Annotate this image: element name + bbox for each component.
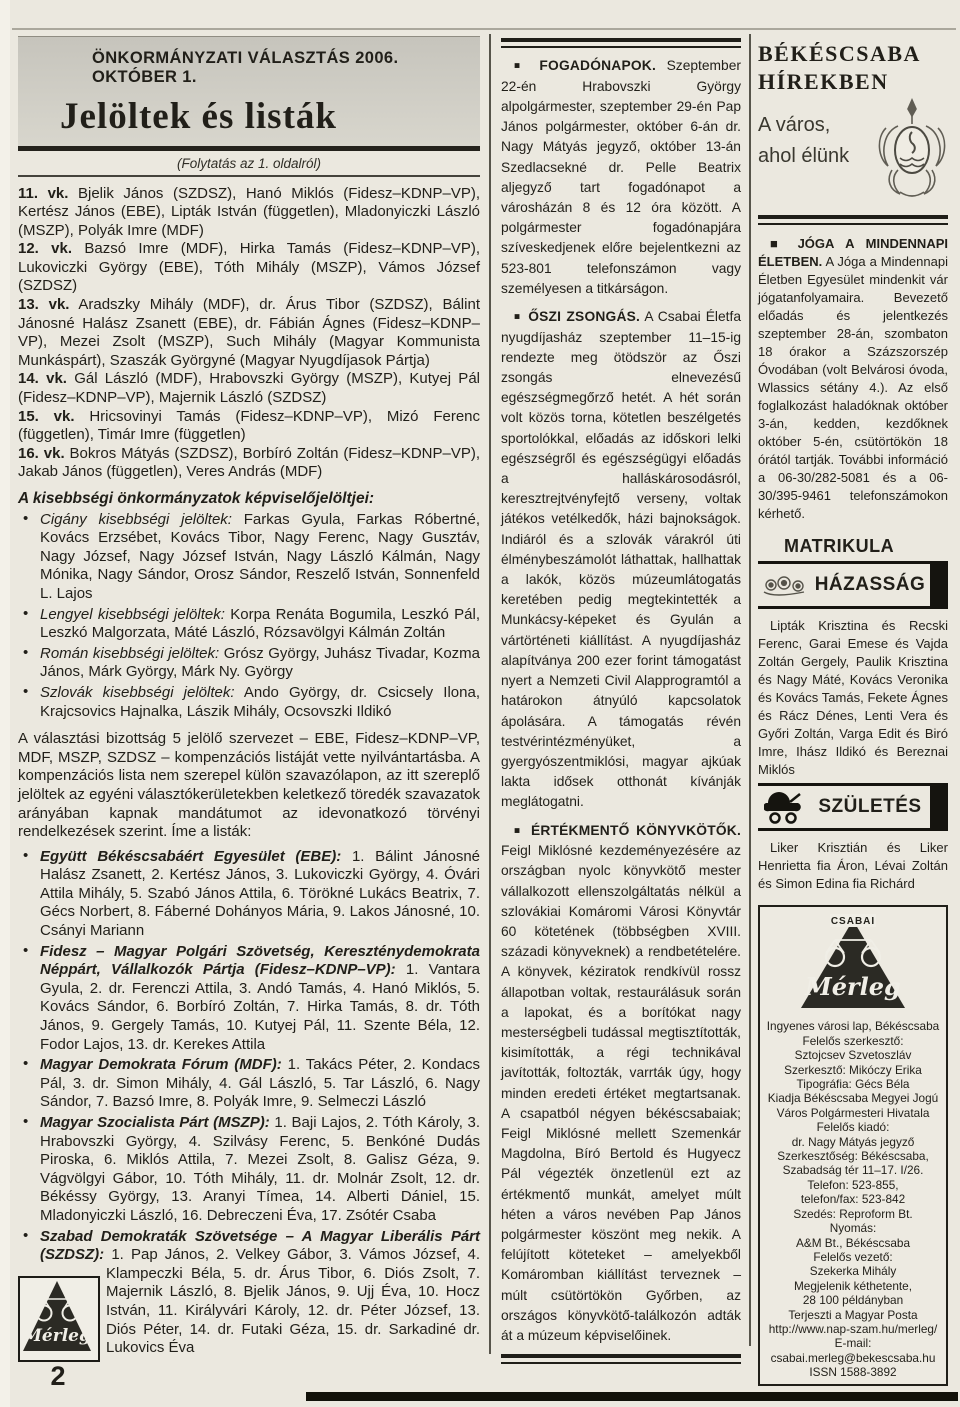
svg-text:Mérleg: Mérleg [22, 1326, 91, 1346]
column-separator [489, 34, 491, 1354]
impressum-box: CSABAI Mérleg Ingyenes városi lap, Békés… [758, 905, 948, 1386]
birth-banner: SZÜLETÉS [758, 783, 948, 831]
column-top-rule [501, 38, 741, 48]
article-candidates-and-lists: ÖNKORMÁNYZATI VÁLASZTÁS 2006. OKTÓBER 1.… [18, 36, 480, 1398]
impressum-url: http://www.nap-szam.hu/merleg/ [763, 1322, 943, 1336]
bullet-icon: • [23, 683, 28, 702]
impressum-line: Sztojcsev Szvetoszláv [763, 1048, 943, 1062]
continuation-rule [18, 175, 480, 177]
impressum-line: Megjelenik kéthetente, [763, 1279, 943, 1293]
impressum-line: Kiadja Békéscsaba Megyei Jogú [763, 1091, 943, 1105]
party-list-item: •Magyar Demokrata Fórum (MDF): 1. Takács… [18, 1056, 480, 1112]
column-bottom-rule [501, 1354, 741, 1364]
party-list-item: •Együtt Békéscsabáért Egyesület (EBE): 1… [18, 848, 480, 941]
impressum-email: csabai.merleg@bekescsaba.hu [763, 1351, 943, 1365]
masthead-title: BÉKÉSCSABA HÍREKBEN [758, 40, 948, 96]
district-item: 16. vk. Bokros Mátyás (SZDSZ), Borbíró Z… [18, 445, 480, 482]
marriage-banner: HÁZASSÁG [758, 561, 948, 609]
impressum-line: dr. Nagy Mátyás jegyző [763, 1135, 943, 1149]
pram-icon [758, 790, 810, 824]
minority-list-item: •Lengyel kisebbségi jelöltek: Korpa Rená… [18, 606, 480, 643]
merleg-logo: CSABAI Mérleg [763, 914, 943, 1013]
district-item: 13. vk. Aradszky Mihály (MDF), dr. Árus … [18, 296, 480, 370]
bullet-icon: • [23, 1055, 28, 1074]
commission-paragraph: A választási bizottság 5 jelölő szerveze… [18, 730, 480, 842]
birth-names: Liker Krisztián és Liker Henrietta fia Á… [758, 839, 948, 893]
impressum-line: Felelős kiadó: [763, 1120, 943, 1134]
masthead-tagline: A város, ahol élünk [758, 110, 849, 172]
article-header: ÖNKORMÁNYZATI VÁLASZTÁS 2006. OKTÓBER 1.… [18, 36, 480, 146]
impressum-line: Telefon: 523-855, [763, 1178, 943, 1192]
birth-banner-label: SZÜLETÉS [810, 798, 930, 816]
district-item: 14. vk. Gál László (MDF), Hrabovszki Gyö… [18, 370, 480, 407]
newspaper-page: ÖNKORMÁNYZATI VÁLASZTÁS 2006. OKTÓBER 1.… [0, 0, 960, 1407]
impressum-line: Tipográfia: Gécs Béla [763, 1077, 943, 1091]
sidebar-column: BÉKÉSCSABA HÍREKBEN A város, ahol élünk [758, 40, 948, 1386]
column-separator [749, 34, 751, 1346]
bottom-rule [306, 1392, 958, 1401]
district-item: 11. vk. Bjelik János (SZDSZ), Hanó Mikló… [18, 185, 480, 241]
impressum-line: 28 100 példányban [763, 1293, 943, 1307]
minority-list-item: •Román kisebbségi jelöltek: Grósz György… [18, 645, 480, 682]
continuation-note: (Folytatás az 1. oldalról) [18, 151, 480, 175]
impressum-line: Ingyenes városi lap, Békéscsaba [763, 1019, 943, 1033]
masthead-rule [758, 215, 948, 225]
square-bullet-icon: ■ [514, 311, 523, 322]
news-item-fogadonapok: ■ FOGADÓNAPOK. Szeptember 22-én Hrabovsz… [501, 56, 741, 299]
merleg-logo-icon: Mérleg [18, 1276, 100, 1362]
svg-text:CSABAI: CSABAI [831, 916, 875, 927]
party-list-item: Mérleg 2 •Szabad Demokraták Szövetsége –… [18, 1228, 480, 1358]
marriage-banner-label: HÁZASSÁG [810, 576, 930, 594]
minority-list-item: •Szlovák kisebbségi jelöltek: Ando Györg… [18, 684, 480, 721]
district-item: 15. vk. Hricsovinyi Tamás (Fidesz–KDNP–V… [18, 408, 480, 445]
bullet-icon: • [23, 942, 28, 961]
square-bullet-icon: ■ [514, 61, 529, 72]
impressum-line: Felelős szerkesztő: [763, 1034, 943, 1048]
impressum-line: telefon/fax: 523-842 [763, 1192, 943, 1206]
square-bullet-icon: ■ [514, 825, 525, 836]
bullet-icon: • [23, 605, 28, 624]
news-column: ■ FOGADÓNAPOK. Szeptember 22-én Hrabovsz… [501, 38, 741, 1364]
svg-text:Mérleg: Mérleg [804, 972, 901, 1001]
news-item-ertekmento: ■ ÉRTÉKMENTŐ KÖNYVKÖTŐK. Feigl Miklósné … [501, 821, 741, 1347]
article-body: 11. vk. Bjelik János (SZDSZ), Hanó Mikló… [18, 185, 480, 1358]
minority-section-heading: A kisebbségi önkormányzatok képviselőjel… [18, 490, 480, 509]
bullet-icon: • [23, 1227, 28, 1246]
impressum-line: Szedés: Reproform Bt. [763, 1207, 943, 1221]
impressum-line: Szabadság tér 11–17. I/26. [763, 1163, 943, 1177]
impressum-line: Szerkesztő: Mikóczy Erika [763, 1063, 943, 1077]
impressum-line: E-mail: [763, 1336, 943, 1350]
masthead-tagline-row: A város, ahol élünk [758, 110, 948, 205]
impressum-line: Terjeszti a Magyar Posta [763, 1308, 943, 1322]
marriage-names: Lipták Krisztina és Recski Ferenc, Garai… [758, 617, 948, 779]
minority-list-item: •Cigány kisebbségi jelöltek: Farkas Gyul… [18, 511, 480, 604]
bullet-icon: • [23, 1113, 28, 1132]
city-crest-icon [876, 96, 948, 205]
impressum-issn: ISSN 1588-3892 [763, 1365, 943, 1379]
article-headline: Jelöltek és listák [60, 95, 470, 138]
matrikula-heading: MATRIKULA [784, 537, 948, 555]
impressum-line: Szekerka Mihály [763, 1264, 943, 1278]
top-rule [12, 28, 956, 30]
page-edge [0, 0, 10, 1407]
impressum-line: Szerkesztőség: Békéscsaba, [763, 1149, 943, 1163]
page-number: 2 [18, 1362, 98, 1390]
impressum-line: Felelős vezető: [763, 1250, 943, 1264]
impressum-line: Nyomás: [763, 1221, 943, 1235]
article-kicker: ÖNKORMÁNYZATI VÁLASZTÁS 2006. OKTÓBER 1. [92, 49, 470, 87]
banner-end-block [930, 564, 948, 606]
impressum-line: Város Polgármesteri Hivatala [763, 1106, 943, 1120]
news-item-joga: ■ JÓGA A MINDENNAPI ÉLETBEN. A Jóga a Mi… [758, 235, 948, 523]
square-bullet-icon: ■ [770, 236, 786, 251]
flower-ornament-icon [758, 572, 810, 598]
district-item: 12. vk. Bazsó Imre (MDF), Hirka Tamás (F… [18, 240, 480, 296]
bullet-icon: • [23, 847, 28, 866]
bullet-icon: • [23, 644, 28, 663]
banner-end-block [930, 786, 948, 828]
bullet-icon: • [23, 510, 28, 529]
party-list-item: •Fidesz – Magyar Polgári Szövetség, Kere… [18, 943, 480, 1055]
impressum-line: A&M Bt., Békéscsaba [763, 1236, 943, 1250]
news-item-oszi-zsongas: ■ ŐSZI ZSONGÁS. A Csabai Életfa nyugdíja… [501, 307, 741, 813]
party-list-item: •Magyar Szocialista Párt (MSZP): 1. Baji… [18, 1114, 480, 1226]
